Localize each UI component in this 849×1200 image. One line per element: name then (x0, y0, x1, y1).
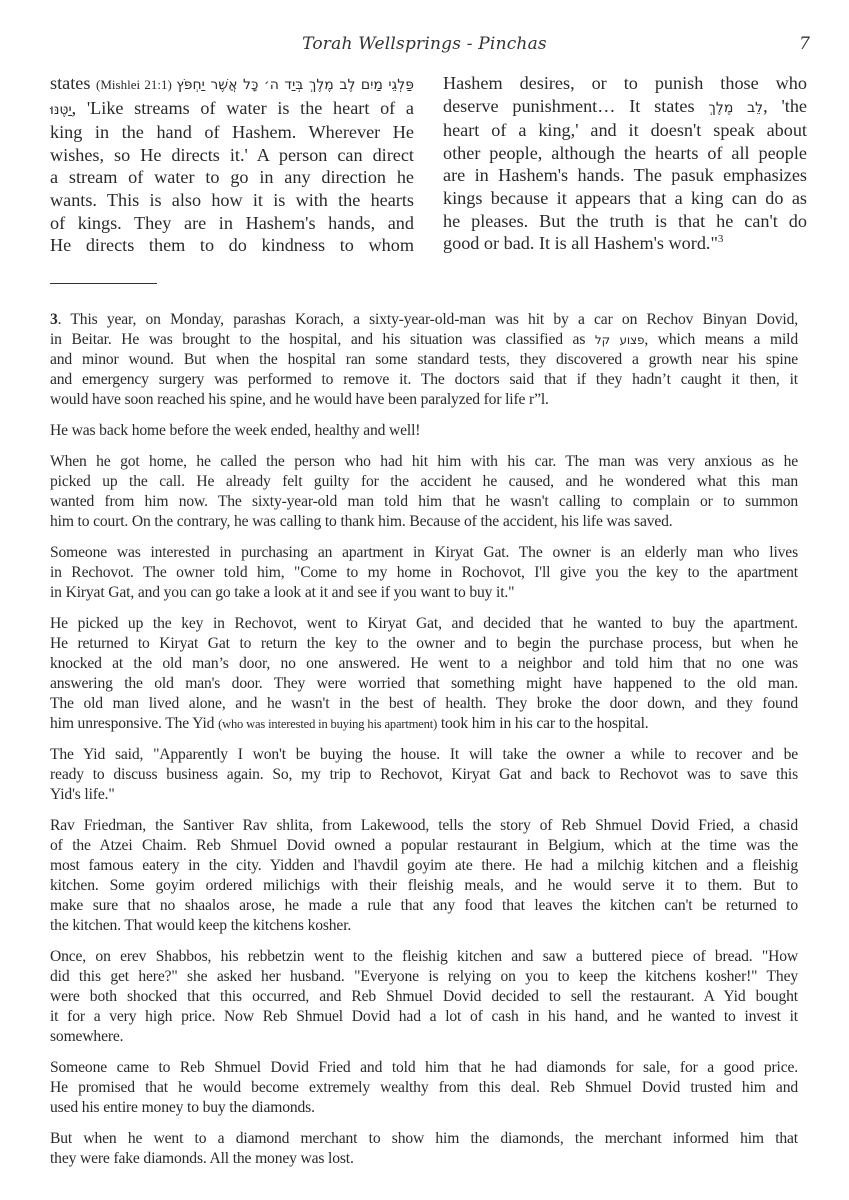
text-span: in Beitar. He was brought to the hospita… (50, 331, 595, 348)
text-line: him unresponsive. The Yid (who was inter… (50, 714, 798, 734)
text-span: . This year, on Monday, parashas Korach,… (58, 311, 798, 328)
footnote-paragraph: Someone came to Reb Shmuel Dovid Fried a… (50, 1058, 798, 1118)
text-line: somewhere. (50, 1027, 798, 1047)
text-line: would have soon reached his spine, and h… (50, 390, 798, 410)
footnote-paragraph: But when he went to a diamond merchant t… (50, 1129, 798, 1169)
text-line: and minor wound. But when the hospital r… (50, 350, 798, 370)
text-span: good or bad. It is all Hashem's word." (443, 233, 718, 253)
text-line: it for a very high price. Now Reb Shmuel… (50, 1007, 798, 1027)
hebrew-term: פצוע קל (595, 333, 644, 347)
text-line: He directs them to do kindness to whom (50, 234, 414, 257)
text-span: deserve punishment… It states (443, 96, 708, 116)
footnote-divider (50, 283, 157, 284)
text-line: wishes, so He directs it.' A person can … (50, 144, 414, 167)
text-line: other people, although the hearts of all… (443, 142, 807, 165)
text-line: states (Mishlei 21:1) פַּלְגֵי מַיִם לֶב… (50, 72, 414, 97)
footnote-paragraph: The Yid said, "Apparently I won't be buy… (50, 745, 798, 805)
text-line: Hashem desires, or to punish those who (443, 72, 807, 95)
footnote-reference[interactable]: 3 (718, 233, 724, 245)
text-line: of kings. They are in Hashem's hands, an… (50, 212, 414, 235)
text-span: , 'the (763, 96, 807, 116)
footnote-paragraph: He picked up the key in Rechovot, went t… (50, 614, 798, 734)
footnote-paragraph: When he got home, he called the person w… (50, 452, 798, 532)
right-column: Hashem desires, or to punish those who d… (443, 72, 807, 255)
text-line: He promised that he would become extreme… (50, 1078, 798, 1098)
footnote-paragraph: Once, on erev Shabbos, his rebbetzin wen… (50, 947, 798, 1047)
text-line: He was back home before the week ended, … (50, 421, 798, 441)
footnotes-section: 3. This year, on Monday, parashas Korach… (50, 310, 798, 1180)
text-line: When he got home, he called the person w… (50, 452, 798, 472)
verse-reference: (Mishlei 21:1) (96, 77, 176, 92)
page-number: 7 (780, 34, 810, 54)
text-line: he pleases. But the truth is that he can… (443, 210, 807, 233)
parenthetical-note: (who was interested in buying his apartm… (218, 717, 437, 731)
text-line: king in the hand of Hashem. Wherever He (50, 121, 414, 144)
text-line: the kitchen. That would keep the kitchen… (50, 916, 798, 936)
text-span: took him in his car to the hospital. (437, 715, 648, 732)
text-line: are in Hashem's hands. The pasuk emphasi… (443, 164, 807, 187)
left-column: states (Mishlei 21:1) פַּלְגֵי מַיִם לֶב… (50, 72, 414, 257)
footnote-paragraph: 3. This year, on Monday, parashas Korach… (50, 310, 798, 410)
hebrew-verse: פַּלְגֵי מַיִם לֶב מֶלֶךְ בְּיַד ה׳ כָּל… (176, 77, 414, 93)
footnote-paragraph: He was back home before the week ended, … (50, 421, 798, 441)
text-span: him unresponsive. The Yid (50, 715, 218, 732)
hebrew-phrase: לֵב מֶלֶךְ (708, 100, 763, 116)
text-line: most famous eatery in the city. Yidden a… (50, 856, 798, 876)
text-line: deserve punishment… It states לֵב מֶלֶךְ… (443, 95, 807, 120)
text-line: He picked up the key in Rechovot, went t… (50, 614, 798, 634)
text-line: heart of a king,' and it doesn't speak a… (443, 119, 807, 142)
text-line: Rav Friedman, the Santiver Rav shlita, f… (50, 816, 798, 836)
text-line: The old man lived alone, and he wasn't i… (50, 694, 798, 714)
running-title: Torah Wellsprings - Pinchas (0, 34, 849, 54)
text-line: 3. This year, on Monday, parashas Korach… (50, 310, 798, 330)
text-line: in Rechovot. The owner told him, "Come t… (50, 563, 798, 583)
text-line: were both shocked that this occurred, an… (50, 987, 798, 1007)
text-line: Yid's life." (50, 785, 798, 805)
text-line: He returned to Kiryat Gat to return the … (50, 634, 798, 654)
text-line: knocked at the old man’s door, no one an… (50, 654, 798, 674)
text-line: used his entire money to buy the diamond… (50, 1098, 798, 1118)
text-line: יַטֶּנּוּ, 'Like streams of water is the… (50, 97, 414, 122)
text-line: ready to discuss business again. So, my … (50, 765, 798, 785)
footnote-paragraph: Rav Friedman, the Santiver Rav shlita, f… (50, 816, 798, 936)
hebrew-word: יַטֶּנּוּ (50, 102, 72, 118)
text-line: make sure that no shaalos arose, he made… (50, 896, 798, 916)
text-line: picked up the call. He already felt guil… (50, 472, 798, 492)
footnote-paragraph: Someone was interested in purchasing an … (50, 543, 798, 603)
text-line: a stream of water to go in any direction… (50, 166, 414, 189)
text-line: Someone came to Reb Shmuel Dovid Fried a… (50, 1058, 798, 1078)
text-line: wants. This is also how it is with the h… (50, 189, 414, 212)
text-line: answering the old man's door. They were … (50, 674, 798, 694)
text-line: him to court. On the contrary, he was ca… (50, 512, 798, 532)
text-line: Once, on erev Shabbos, his rebbetzin wen… (50, 947, 798, 967)
text-line: good or bad. It is all Hashem's word."3 (443, 232, 807, 255)
text-line: The Yid said, "Apparently I won't be buy… (50, 745, 798, 765)
text-line: in Kiryat Gat, and you can go take a loo… (50, 583, 798, 603)
text-line: of the Atzei Chaim. Reb Shmuel Dovid own… (50, 836, 798, 856)
footnote-number: 3 (50, 311, 58, 328)
text-line: Someone was interested in purchasing an … (50, 543, 798, 563)
text-line: in Beitar. He was brought to the hospita… (50, 330, 798, 350)
text-line: But when he went to a diamond merchant t… (50, 1129, 798, 1149)
text-span: , which means a mild (644, 331, 798, 348)
text-line: kitchen. Some goyim ordered milichigs wi… (50, 876, 798, 896)
text-line: kings because it appears that a king can… (443, 187, 807, 210)
text-line: and emergency surgery was performed to r… (50, 370, 798, 390)
document-page: Torah Wellsprings - Pinchas 7 states (Mi… (0, 0, 849, 1200)
text-span: states (50, 73, 96, 93)
text-span: , 'Like streams of water is the heart of… (72, 98, 414, 118)
text-line: they were fake diamonds. All the money w… (50, 1149, 798, 1169)
text-line: did this get here?" she asked her husban… (50, 967, 798, 987)
text-line: wanted from him now. The sixty-year-old … (50, 492, 798, 512)
